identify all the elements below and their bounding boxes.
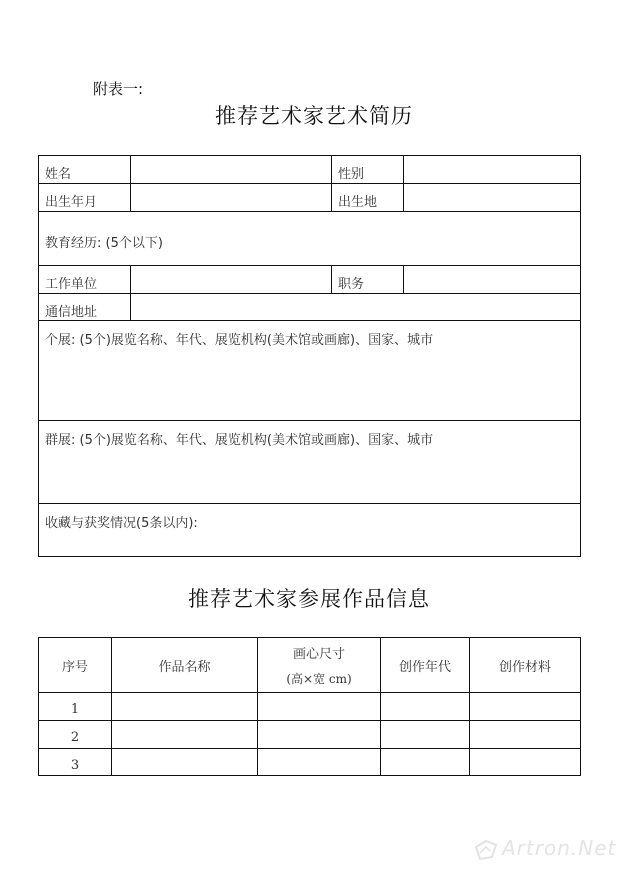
- gender-label: 性别: [332, 156, 404, 184]
- works-table-header: 序号 作品名称 画心尺寸 (高×宽 cm) 创作年代 创作材料: [39, 638, 581, 693]
- education-label: 教育经历: (5个以下): [45, 236, 163, 251]
- header-size-line1: 画心尺寸: [293, 647, 345, 662]
- resume-title: 推荐艺术家艺术简历: [0, 100, 618, 130]
- birthplace-field[interactable]: [404, 184, 581, 212]
- form-row-name-gender: 姓名 性别: [39, 156, 581, 184]
- works-table: 序号 作品名称 画心尺寸 (高×宽 cm) 创作年代 创作材料 1 2 3: [38, 637, 581, 776]
- size-cell[interactable]: [258, 693, 381, 721]
- watermark: Artron.Net: [472, 836, 616, 861]
- employer-label: 工作单位: [39, 266, 131, 294]
- collections-awards-field[interactable]: 收藏与获奖情况(5条以内):: [39, 504, 581, 557]
- appendix-label: 附表一:: [93, 78, 143, 99]
- header-material: 创作材料: [470, 638, 581, 693]
- collections-awards-label: 收藏与获奖情况(5条以内):: [45, 516, 198, 531]
- header-work-title: 作品名称: [112, 638, 258, 693]
- solo-exhibitions-label: 个展: (5个)展览名称、年代、展览机构(美术馆或画廊)、国家、城市: [45, 333, 433, 348]
- header-year: 创作年代: [381, 638, 470, 693]
- material-cell[interactable]: [470, 693, 581, 721]
- gender-field[interactable]: [404, 156, 581, 184]
- table-row: 1: [39, 693, 581, 721]
- works-title: 推荐艺术家参展作品信息: [0, 583, 618, 613]
- solo-exhibitions-field[interactable]: 个展: (5个)展览名称、年代、展览机构(美术馆或画廊)、国家、城市: [39, 321, 581, 421]
- employer-field[interactable]: [131, 266, 332, 294]
- material-cell[interactable]: [470, 749, 581, 776]
- row-index: 1: [39, 693, 112, 721]
- resume-form-table: 姓名 性别 出生年月 出生地 教育经历: (5个以下) 工作单位 职务 通信地址…: [38, 155, 581, 557]
- year-cell[interactable]: [381, 749, 470, 776]
- address-field[interactable]: [131, 294, 581, 321]
- row-index: 3: [39, 749, 112, 776]
- group-exhibitions-field[interactable]: 群展: (5个)展览名称、年代、展览机构(美术馆或画廊)、国家、城市: [39, 421, 581, 504]
- form-row-birth: 出生年月 出生地: [39, 184, 581, 212]
- work-title-cell[interactable]: [112, 721, 258, 749]
- form-row-group-exhibitions: 群展: (5个)展览名称、年代、展览机构(美术馆或画廊)、国家、城市: [39, 421, 581, 504]
- size-cell[interactable]: [258, 721, 381, 749]
- name-field[interactable]: [131, 156, 332, 184]
- name-label: 姓名: [39, 156, 131, 184]
- work-title-cell[interactable]: [112, 749, 258, 776]
- material-cell[interactable]: [470, 721, 581, 749]
- header-size: 画心尺寸 (高×宽 cm): [258, 638, 381, 693]
- position-label: 职务: [332, 266, 404, 294]
- group-exhibitions-label: 群展: (5个)展览名称、年代、展览机构(美术馆或画廊)、国家、城市: [45, 433, 433, 448]
- table-row: 2: [39, 721, 581, 749]
- form-row-solo-exhibitions: 个展: (5个)展览名称、年代、展览机构(美术馆或画廊)、国家、城市: [39, 321, 581, 421]
- birthplace-label: 出生地: [332, 184, 404, 212]
- size-cell[interactable]: [258, 749, 381, 776]
- education-field[interactable]: 教育经历: (5个以下): [39, 212, 581, 266]
- form-row-education: 教育经历: (5个以下): [39, 212, 581, 266]
- year-cell[interactable]: [381, 693, 470, 721]
- position-field[interactable]: [404, 266, 581, 294]
- form-row-awards: 收藏与获奖情况(5条以内):: [39, 504, 581, 557]
- artron-logo-icon: [472, 839, 498, 861]
- watermark-text: Artron.Net: [502, 836, 616, 860]
- header-size-line2: (高×宽 cm): [258, 670, 380, 687]
- address-label: 通信地址: [39, 294, 131, 321]
- birth-date-label: 出生年月: [39, 184, 131, 212]
- form-row-address: 通信地址: [39, 294, 581, 321]
- table-row: 3: [39, 749, 581, 776]
- form-row-employer: 工作单位 职务: [39, 266, 581, 294]
- header-index: 序号: [39, 638, 112, 693]
- year-cell[interactable]: [381, 721, 470, 749]
- work-title-cell[interactable]: [112, 693, 258, 721]
- birth-date-field[interactable]: [131, 184, 332, 212]
- row-index: 2: [39, 721, 112, 749]
